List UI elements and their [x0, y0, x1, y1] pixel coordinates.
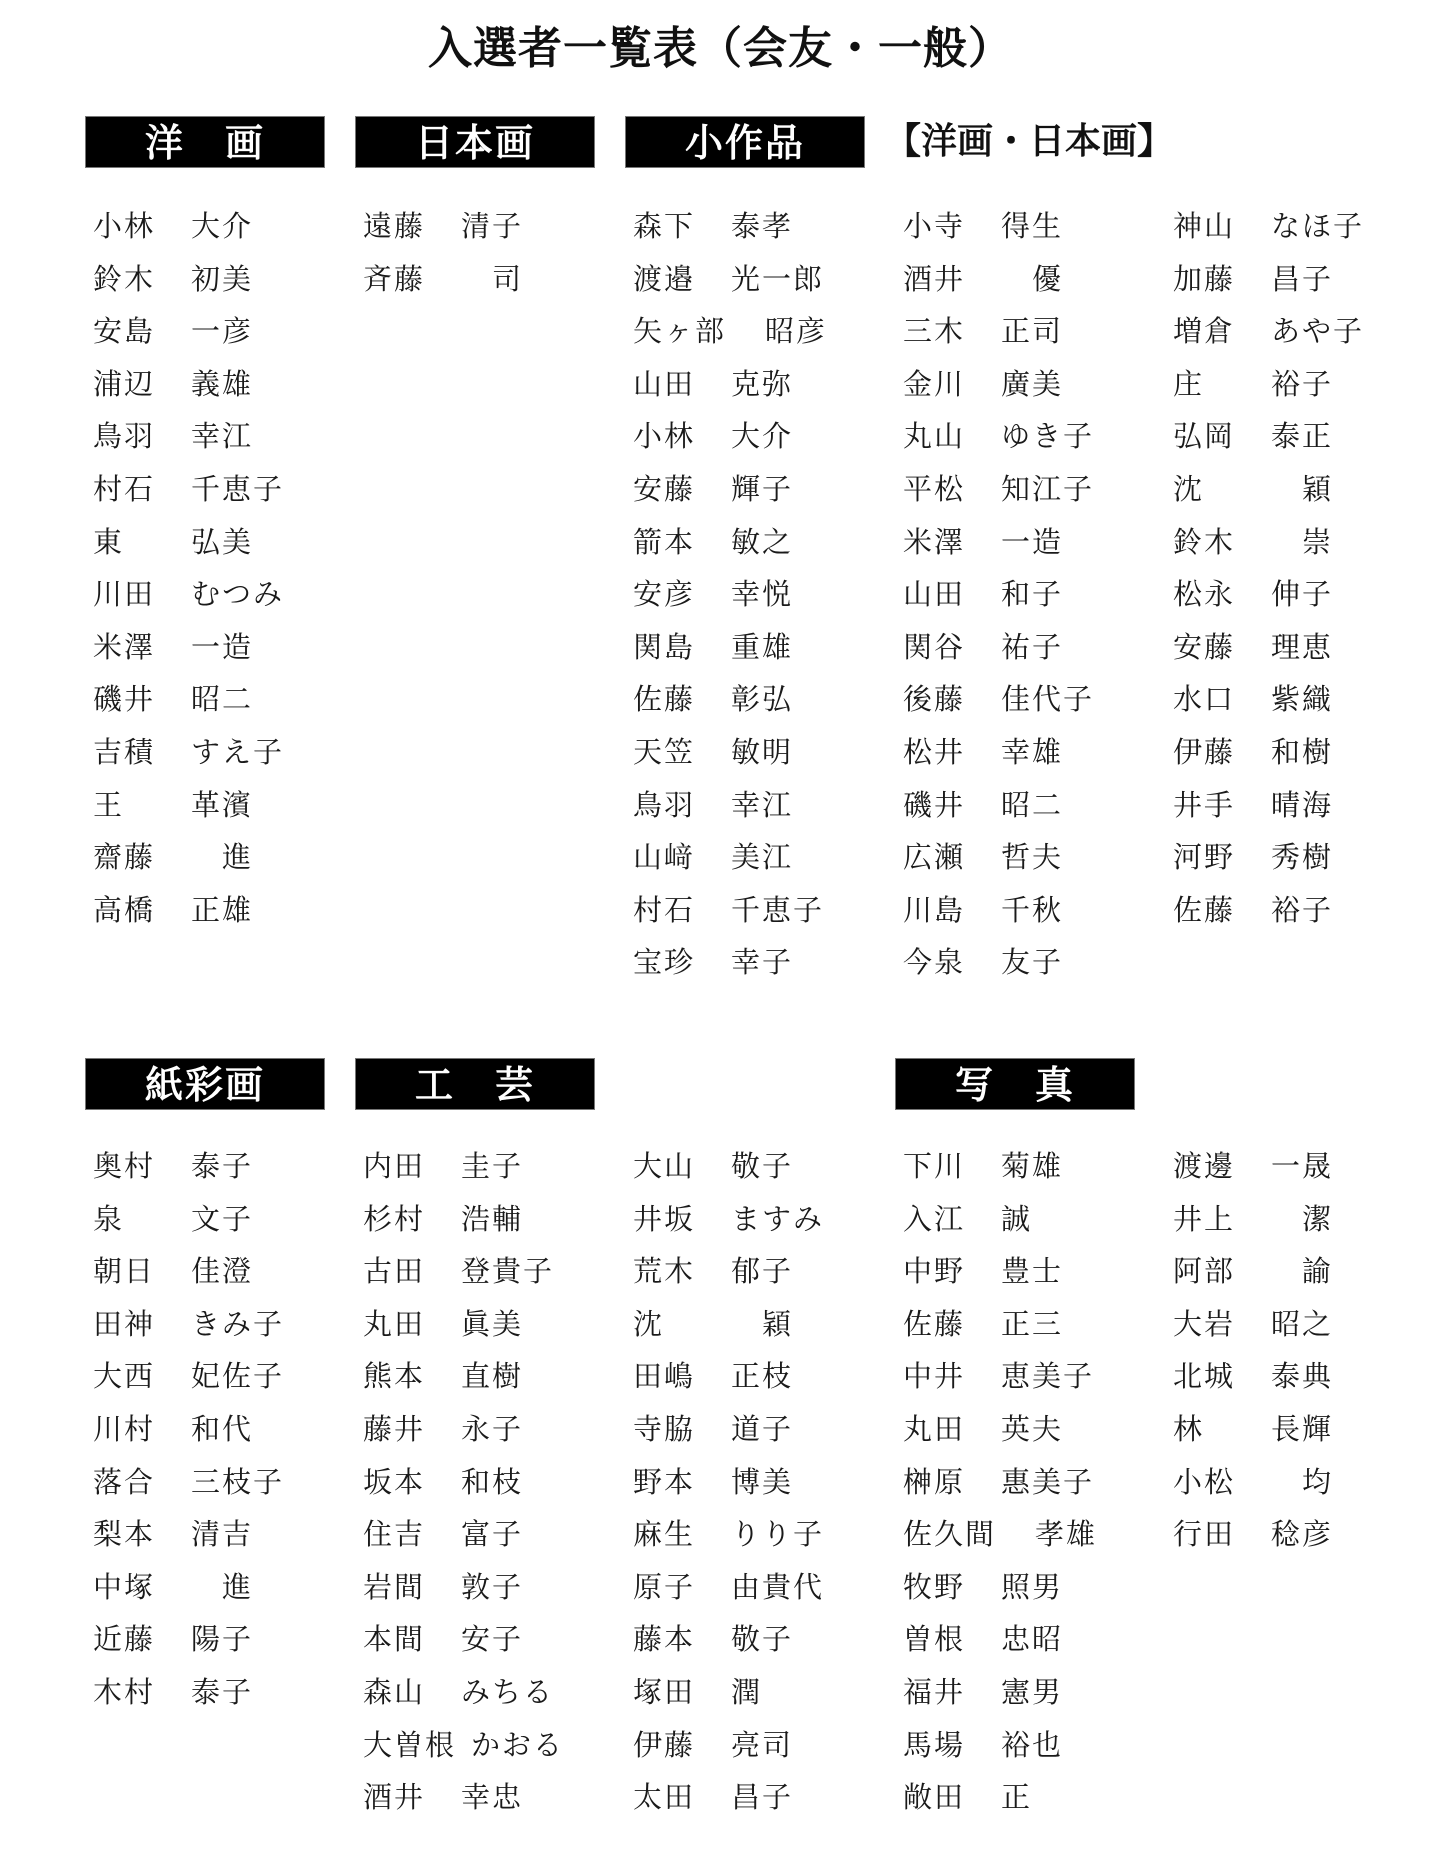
list-item: 田嶋正枝: [625, 1350, 875, 1403]
given-name: すえ子: [191, 726, 284, 779]
given-name: 彰弘: [731, 673, 793, 726]
given-name: 哲夫: [1001, 831, 1063, 884]
given-name: 安子: [461, 1613, 523, 1666]
list-item: 榊原惠美子: [895, 1456, 1145, 1509]
list-item: 入江誠: [895, 1193, 1145, 1246]
surname: 田嶋: [633, 1350, 695, 1403]
surname: 近藤: [93, 1613, 155, 1666]
given-name: 穎: [1271, 463, 1333, 516]
given-name: 正枝: [731, 1350, 793, 1403]
surname: 小寺: [903, 200, 965, 253]
given-name: 千恵子: [191, 463, 284, 516]
given-name: 郁子: [731, 1245, 793, 1298]
given-name: 清子: [461, 200, 523, 253]
list-item: 箭本敏之: [625, 516, 875, 569]
surname: 河野: [1173, 831, 1235, 884]
page-title: 入選者一覧表（会友・一般）: [0, 12, 1441, 76]
surname: 伊藤: [1173, 726, 1235, 779]
list-item: 伊藤和樹: [1165, 726, 1415, 779]
surname: 松井: [903, 726, 965, 779]
list-item: 庄裕子: [1165, 358, 1415, 411]
given-name: 廣美: [1001, 358, 1063, 411]
surname: 塚田: [633, 1666, 695, 1719]
list-item: 塚田潤: [625, 1666, 875, 1719]
list-item: 野本博美: [625, 1456, 875, 1509]
given-name: 祐子: [1001, 621, 1063, 674]
given-name: 友子: [1001, 936, 1063, 989]
given-name: きみ子: [191, 1298, 284, 1351]
list-item: 森下泰孝: [625, 200, 875, 253]
list-item: 松永伸子: [1165, 568, 1415, 621]
list-item: 中野豊士: [895, 1245, 1145, 1298]
given-name: 潔: [1271, 1193, 1333, 1246]
surname: 渡邊: [1173, 1140, 1235, 1193]
list-item: 水口紫織: [1165, 673, 1415, 726]
list-item: 小松 均: [1165, 1456, 1415, 1509]
given-name: 諭: [1271, 1245, 1333, 1298]
list-item: 山田克弥: [625, 358, 875, 411]
names-column-shosakuhin-1: 森下泰孝渡邉光一郎矢ヶ部昭彦山田克弥小林大介安藤輝子箭本敏之安彦幸悦関島重雄佐藤…: [625, 200, 875, 989]
surname: 井上: [1173, 1193, 1235, 1246]
surname: 今泉: [903, 936, 965, 989]
list-item: 東弘美: [85, 516, 335, 569]
list-item: 坂本和枝: [355, 1456, 605, 1509]
given-name: 正雄: [191, 884, 253, 937]
surname: 弘岡: [1173, 410, 1235, 463]
given-name: 崇: [1271, 516, 1333, 569]
list-item: 寺脇道子: [625, 1403, 875, 1456]
list-item: 金川廣美: [895, 358, 1145, 411]
names-column-kogei-2: 大山敬子井坂ますみ荒木郁子沈 穎田嶋正枝寺脇道子野本博美麻生りり子原子由貴代藤本…: [625, 1140, 875, 1824]
surname: 藤本: [633, 1613, 695, 1666]
surname: 麻生: [633, 1508, 695, 1561]
surname: 牧野: [903, 1561, 965, 1614]
section-header-kogei: 工 芸: [355, 1058, 595, 1110]
given-name: 革濱: [191, 779, 253, 832]
list-item: 鳥羽幸江: [625, 779, 875, 832]
list-item: 神山なほ子: [1165, 200, 1415, 253]
surname: 齋藤: [93, 831, 155, 884]
surname: 酒井: [363, 1771, 425, 1824]
given-name: 得生: [1001, 200, 1063, 253]
given-name: 敦子: [461, 1561, 523, 1614]
given-name: 幸忠: [461, 1771, 523, 1824]
list-item: 内田圭子: [355, 1140, 605, 1193]
surname: 小林: [93, 200, 155, 253]
list-item: 小林大介: [625, 410, 875, 463]
list-item: 弘岡泰正: [1165, 410, 1415, 463]
given-name: 千秋: [1001, 884, 1063, 937]
list-item: 浦辺義雄: [85, 358, 335, 411]
given-name: 正: [1001, 1771, 1032, 1824]
list-item: 後藤佳代子: [895, 673, 1145, 726]
given-name: 孝雄: [1035, 1508, 1097, 1561]
list-item: 関谷祐子: [895, 621, 1145, 674]
given-name: 泰典: [1271, 1350, 1333, 1403]
given-name: 亮司: [731, 1719, 793, 1772]
list-item: 井上 潔: [1165, 1193, 1415, 1246]
surname: 村石: [633, 884, 695, 937]
surname: 熊本: [363, 1350, 425, 1403]
surname: 金川: [903, 358, 965, 411]
surname: 三木: [903, 305, 965, 358]
given-name: 進: [191, 831, 253, 884]
surname: 松永: [1173, 568, 1235, 621]
list-item: 藤井永子: [355, 1403, 605, 1456]
list-item: 天笠敏明: [625, 726, 875, 779]
list-item: 丸田眞美: [355, 1298, 605, 1351]
given-name: 直樹: [461, 1350, 523, 1403]
given-name: 昭彦: [765, 305, 827, 358]
given-name: 敬子: [731, 1140, 793, 1193]
list-item: 小寺得生: [895, 200, 1145, 253]
surname: 関谷: [903, 621, 965, 674]
list-item: 加藤昌子: [1165, 253, 1415, 306]
surname: 沈: [633, 1298, 664, 1351]
list-item: 大岩昭之: [1165, 1298, 1415, 1351]
list-item: 奥村泰子: [85, 1140, 335, 1193]
given-name: 一彦: [191, 305, 253, 358]
section-note-shosakuhin: 【洋画・日本画】: [885, 116, 1173, 168]
list-item: 佐藤彰弘: [625, 673, 875, 726]
given-name: 美江: [731, 831, 793, 884]
given-name: 恵美子: [1001, 1350, 1094, 1403]
surname: 中塚: [93, 1561, 155, 1614]
surname: 古田: [363, 1245, 425, 1298]
surname: 安藤: [633, 463, 695, 516]
list-item: 佐藤裕子: [1165, 884, 1415, 937]
names-column-nihonga: 遠藤清子斉藤 司: [355, 200, 605, 305]
surname: 米澤: [903, 516, 965, 569]
list-item: 井手晴海: [1165, 779, 1415, 832]
surname: 王: [93, 779, 124, 832]
given-name: 昭二: [1001, 779, 1063, 832]
given-name: 均: [1271, 1456, 1333, 1509]
section-header-nihonga: 日本画: [355, 116, 595, 168]
given-name: 正三: [1001, 1298, 1063, 1351]
list-item: 太田昌子: [625, 1771, 875, 1824]
list-item: 中塚 進: [85, 1561, 335, 1614]
surname: 阿部: [1173, 1245, 1235, 1298]
given-name: 昭之: [1271, 1298, 1333, 1351]
list-item: 米澤一造: [895, 516, 1145, 569]
surname: 野本: [633, 1456, 695, 1509]
list-item: 朝日佳澄: [85, 1245, 335, 1298]
given-name: 文子: [191, 1193, 253, 1246]
given-name: 一造: [1001, 516, 1063, 569]
surname: 小松: [1173, 1456, 1235, 1509]
surname: 宝珍: [633, 936, 695, 989]
surname: 川田: [93, 568, 155, 621]
surname: 北城: [1173, 1350, 1235, 1403]
surname: 馬場: [903, 1719, 965, 1772]
surname: 佐藤: [1173, 884, 1235, 937]
given-name: 和代: [191, 1403, 253, 1456]
surname: 木村: [93, 1666, 155, 1719]
surname: 鳥羽: [93, 410, 155, 463]
given-name: 照男: [1001, 1561, 1063, 1614]
list-item: 川島千秋: [895, 884, 1145, 937]
list-item: 麻生りり子: [625, 1508, 875, 1561]
list-item: 原子由貴代: [625, 1561, 875, 1614]
list-item: 古田登貴子: [355, 1245, 605, 1298]
given-name: 忠昭: [1001, 1613, 1063, 1666]
given-name: 幸江: [731, 779, 793, 832]
list-item: 川村和代: [85, 1403, 335, 1456]
surname: 下川: [903, 1140, 965, 1193]
surname: 酒井: [903, 253, 965, 306]
surname: 磯井: [93, 673, 155, 726]
given-name: 知江子: [1001, 463, 1094, 516]
names-column-shisaiga: 奥村泰子泉文子朝日佳澄田神きみ子大西妃佐子川村和代落合三枝子梨本清吉中塚 進近藤…: [85, 1140, 335, 1719]
given-name: 伸子: [1271, 568, 1333, 621]
given-name: 穎: [731, 1298, 793, 1351]
list-item: 松井幸雄: [895, 726, 1145, 779]
given-name: 幸悦: [731, 568, 793, 621]
given-name: 英夫: [1001, 1403, 1063, 1456]
given-name: 優: [1001, 253, 1063, 306]
surname: 中野: [903, 1245, 965, 1298]
given-name: 大介: [191, 200, 253, 253]
surname: 沈: [1173, 463, 1204, 516]
list-item: 伊藤亮司: [625, 1719, 875, 1772]
given-name: 敬子: [731, 1613, 793, 1666]
surname: 村石: [93, 463, 155, 516]
given-name: 裕子: [1271, 358, 1333, 411]
list-item: 酒井 優: [895, 253, 1145, 306]
given-name: 稔彦: [1271, 1508, 1333, 1561]
list-item: 村石千恵子: [625, 884, 875, 937]
given-name: 光一郎: [731, 253, 824, 306]
given-name: 菊雄: [1001, 1140, 1063, 1193]
given-name: 圭子: [461, 1140, 523, 1193]
given-name: むつみ: [191, 568, 284, 621]
names-column-shosakuhin-2: 小寺得生酒井 優三木正司金川廣美丸山ゆき子平松知江子米澤一造山田和子関谷祐子後藤…: [895, 200, 1145, 989]
list-item: 牧野照男: [895, 1561, 1145, 1614]
given-name: 和子: [1001, 568, 1063, 621]
list-item: 敞田正: [895, 1771, 1145, 1824]
given-name: 紫織: [1271, 673, 1333, 726]
list-item: 安藤理恵: [1165, 621, 1415, 674]
surname: 斉藤: [363, 253, 425, 306]
surname: 大岩: [1173, 1298, 1235, 1351]
given-name: 敏明: [731, 726, 793, 779]
names-column-kogei-1: 内田圭子杉村浩輔古田登貴子丸田眞美熊本直樹藤井永子坂本和枝住吉富子岩間敦子本間安…: [355, 1140, 605, 1824]
list-item: 安彦幸悦: [625, 568, 875, 621]
list-item: 阿部 諭: [1165, 1245, 1415, 1298]
surname: 鈴木: [1173, 516, 1235, 569]
surname: 箭本: [633, 516, 695, 569]
list-item: 大山敬子: [625, 1140, 875, 1193]
list-item: 山田和子: [895, 568, 1145, 621]
surname: 遠藤: [363, 200, 425, 253]
surname: 川島: [903, 884, 965, 937]
list-item: 高橋正雄: [85, 884, 335, 937]
surname: 佐久間: [903, 1508, 996, 1561]
surname: 朝日: [93, 1245, 155, 1298]
given-name: 和樹: [1271, 726, 1333, 779]
list-item: 本間安子: [355, 1613, 605, 1666]
list-item: 沈 穎: [1165, 463, 1415, 516]
surname: 森山: [363, 1666, 425, 1719]
given-name: 幸子: [731, 936, 793, 989]
given-name: 三枝子: [191, 1456, 284, 1509]
given-name: 昌子: [1271, 253, 1333, 306]
list-item: 福井憲男: [895, 1666, 1145, 1719]
given-name: 惠美子: [1001, 1456, 1094, 1509]
list-item: 荒木郁子: [625, 1245, 875, 1298]
surname: 岩間: [363, 1561, 425, 1614]
surname: 大曽根: [363, 1719, 456, 1772]
surname: 丸山: [903, 410, 965, 463]
given-name: 一晟: [1271, 1140, 1333, 1193]
surname: 東: [93, 516, 124, 569]
surname: 平松: [903, 463, 965, 516]
list-item: 大西妃佐子: [85, 1350, 335, 1403]
given-name: 誠: [1001, 1193, 1032, 1246]
given-name: なほ子: [1271, 200, 1364, 253]
list-item: 磯井昭二: [895, 779, 1145, 832]
surname: 矢ヶ部: [633, 305, 726, 358]
surname: 本間: [363, 1613, 425, 1666]
given-name: 義雄: [191, 358, 253, 411]
surname: 杉村: [363, 1193, 425, 1246]
surname: 内田: [363, 1140, 425, 1193]
surname: 太田: [633, 1771, 695, 1824]
section-header-yoga: 洋 画: [85, 116, 325, 168]
given-name: ますみ: [731, 1193, 824, 1246]
surname: 関島: [633, 621, 695, 674]
list-item: 森山みちる: [355, 1666, 605, 1719]
surname: 井坂: [633, 1193, 695, 1246]
surname: 丸田: [903, 1403, 965, 1456]
surname: 森下: [633, 200, 695, 253]
list-item: 齋藤 進: [85, 831, 335, 884]
surname: 山田: [633, 358, 695, 411]
surname: 高橋: [93, 884, 155, 937]
names-column-shosakuhin-3: 神山なほ子加藤昌子増倉あや子庄裕子弘岡泰正沈 穎鈴木 崇松永伸子安藤理恵水口紫織…: [1165, 200, 1415, 936]
given-name: ゆき子: [1001, 410, 1094, 463]
surname: 米澤: [93, 621, 155, 674]
given-name: 幸雄: [1001, 726, 1063, 779]
given-name: 泰正: [1271, 410, 1333, 463]
surname: 曽根: [903, 1613, 965, 1666]
surname: 安藤: [1173, 621, 1235, 674]
given-name: 清吉: [191, 1508, 253, 1561]
list-item: 林長輝: [1165, 1403, 1415, 1456]
list-item: 鈴木 崇: [1165, 516, 1415, 569]
surname: 佐藤: [903, 1298, 965, 1351]
surname: 入江: [903, 1193, 965, 1246]
list-item: 泉文子: [85, 1193, 335, 1246]
list-item: 安藤輝子: [625, 463, 875, 516]
given-name: 妃佐子: [191, 1350, 284, 1403]
given-name: 憲男: [1001, 1666, 1063, 1719]
surname: 浦辺: [93, 358, 155, 411]
section-header-shashin: 写 真: [895, 1058, 1135, 1110]
given-name: 敏之: [731, 516, 793, 569]
surname: 福井: [903, 1666, 965, 1719]
given-name: みちる: [461, 1666, 554, 1719]
list-item: 増倉あや子: [1165, 305, 1415, 358]
given-name: 弘美: [191, 516, 253, 569]
list-item: 村石千恵子: [85, 463, 335, 516]
surname: 安島: [93, 305, 155, 358]
given-name: 泰子: [191, 1666, 253, 1719]
list-item: 曽根忠昭: [895, 1613, 1145, 1666]
list-item: 藤本敬子: [625, 1613, 875, 1666]
given-name: 裕子: [1271, 884, 1333, 937]
list-item: 井坂ますみ: [625, 1193, 875, 1246]
list-item: 今泉友子: [895, 936, 1145, 989]
surname: 梨本: [93, 1508, 155, 1561]
surname: 佐藤: [633, 673, 695, 726]
given-name: 道子: [731, 1403, 793, 1456]
given-name: 佳代子: [1001, 673, 1094, 726]
list-item: 丸山ゆき子: [895, 410, 1145, 463]
surname: 林: [1173, 1403, 1204, 1456]
given-name: 司: [461, 253, 523, 306]
surname: 丸田: [363, 1298, 425, 1351]
surname: 吉積: [93, 726, 155, 779]
list-item: 岩間敦子: [355, 1561, 605, 1614]
surname: 大西: [93, 1350, 155, 1403]
given-name: 博美: [731, 1456, 793, 1509]
list-item: 梨本清吉: [85, 1508, 335, 1561]
list-item: 住吉富子: [355, 1508, 605, 1561]
names-column-yoga: 小林大介鈴木初美安島一彦浦辺義雄鳥羽幸江村石千恵子東弘美川田むつみ米澤一造磯井昭…: [85, 200, 335, 936]
list-item: 佐久間孝雄: [895, 1508, 1145, 1561]
surname: 寺脇: [633, 1403, 695, 1456]
given-name: 一造: [191, 621, 253, 674]
list-item: 矢ヶ部昭彦: [625, 305, 875, 358]
surname: 水口: [1173, 673, 1235, 726]
list-item: 渡邊一晟: [1165, 1140, 1415, 1193]
surname: 伊藤: [633, 1719, 695, 1772]
given-name: 進: [191, 1561, 253, 1614]
list-item: 木村泰子: [85, 1666, 335, 1719]
list-item: 王革濱: [85, 779, 335, 832]
surname: 増倉: [1173, 305, 1235, 358]
given-name: 和枝: [461, 1456, 523, 1509]
list-item: 馬場裕也: [895, 1719, 1145, 1772]
surname: 後藤: [903, 673, 965, 726]
surname: 大山: [633, 1140, 695, 1193]
list-item: 磯井昭二: [85, 673, 335, 726]
given-name: 初美: [191, 253, 253, 306]
surname: 住吉: [363, 1508, 425, 1561]
surname: 小林: [633, 410, 695, 463]
given-name: 潤: [731, 1666, 762, 1719]
names-column-shashin-1: 下川菊雄入江誠中野豊士佐藤正三中井恵美子丸田英夫榊原惠美子佐久間孝雄牧野照男曽根…: [895, 1140, 1145, 1824]
given-name: 理恵: [1271, 621, 1333, 674]
surname: 泉: [93, 1193, 124, 1246]
list-item: 落合三枝子: [85, 1456, 335, 1509]
list-item: 三木正司: [895, 305, 1145, 358]
surname: 中井: [903, 1350, 965, 1403]
surname: 田神: [93, 1298, 155, 1351]
list-item: 斉藤 司: [355, 253, 605, 306]
list-item: 広瀬哲夫: [895, 831, 1145, 884]
list-item: 河野秀樹: [1165, 831, 1415, 884]
list-item: 鳥羽幸江: [85, 410, 335, 463]
list-item: 遠藤清子: [355, 200, 605, 253]
list-item: 中井恵美子: [895, 1350, 1145, 1403]
given-name: 克弥: [731, 358, 793, 411]
given-name: かおる: [471, 1719, 564, 1772]
list-item: 田神きみ子: [85, 1298, 335, 1351]
surname: 山﨑: [633, 831, 695, 884]
